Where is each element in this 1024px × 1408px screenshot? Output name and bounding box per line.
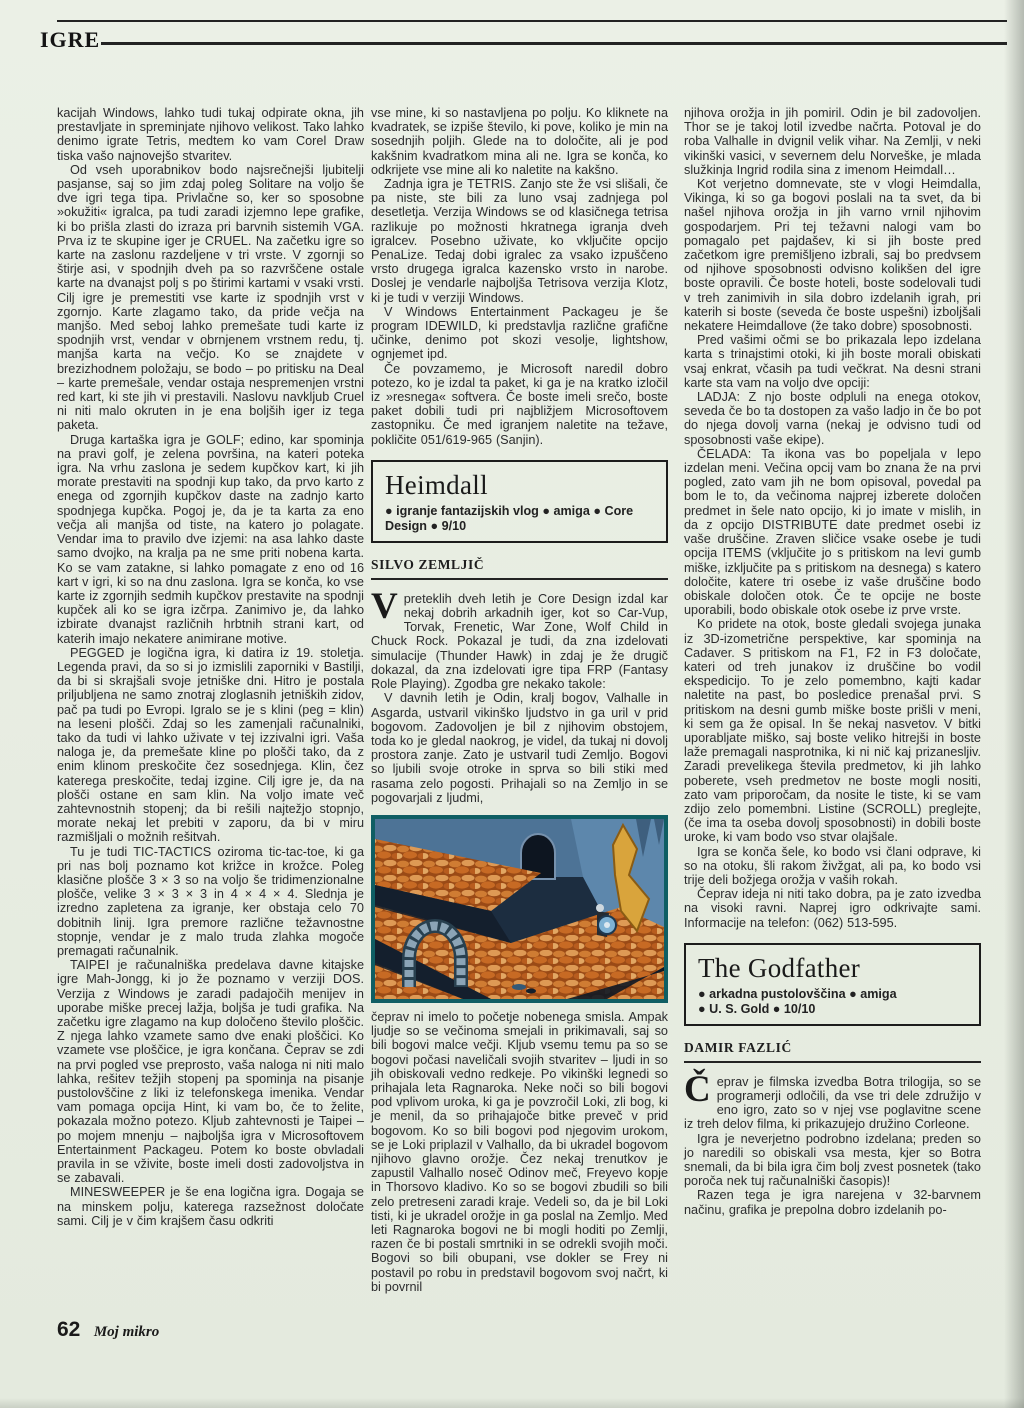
body-paragraph: PEGGED je logična igra, ki datira iz 19.… [57,646,364,845]
body-paragraph: čeprav ni imelo to početje nobenega smis… [371,1010,668,1294]
drop-cap-text: preteklih dveh letih je Core Design izda… [371,592,668,691]
body-paragraph: Zadnja igra je TETRIS. Zanjo ste že vsi … [371,177,668,305]
magazine-page: IGRE kacijah Windows, lahko tudi tukaj o… [0,0,1024,1408]
body-paragraph: kacijah Windows, lahko tudi tukaj odpira… [57,106,364,163]
body-paragraph: Od vseh uporabnikov bodo najsrečnejši lj… [57,163,364,433]
body-paragraph: V Windows Entertainment Packageu je še p… [371,305,668,362]
author-byline: DAMIR FAZLIĆ [684,1040,981,1056]
review-box-heimdall: Heimdall ● igranje fantazijskih vlog ● a… [371,460,668,543]
top-rule [57,20,1007,22]
body-paragraph: Tu je tudi TIC-TACTICS oziroma tic-tac-t… [57,845,364,959]
column-2: vse mine, ki so nastavljena po polju. Ko… [371,106,668,1294]
body-paragraph: Kot verjetno domnevate, ste v vlogi Heim… [684,177,981,333]
page-footer: 62 Moj mikro [57,1318,159,1342]
heimdall-game-screenshot [371,815,668,1003]
drop-cap: V [371,592,404,621]
body-paragraph: njihova orožja in jih pomiril. Odin je b… [684,106,981,177]
drop-cap: Č [684,1075,717,1104]
byline-rule [684,1061,981,1063]
review-box-godfather: The Godfather ● arkadna pustolovščina ● … [684,943,981,1026]
body-paragraph: vse mine, ki so nastavljena po polju. Ko… [371,106,668,177]
section-label: IGRE [40,27,100,53]
scan-bottom-shadow [0,1398,1024,1408]
section-rule [101,42,1007,45]
body-paragraph: Razen tega je igra narejena v 32-barvnem… [684,1188,981,1216]
review-title: The Godfather [698,954,967,983]
body-paragraph: Druga kartaška igra je GOLF; edino, kar … [57,433,364,646]
body-paragraph: Vpreteklih dveh letih je Core Design izd… [371,592,668,691]
column-1: kacijah Windows, lahko tudi tukaj odpira… [57,106,364,1228]
body-paragraph: Če povzamemo, je Microsoft naredil dobro… [371,362,668,447]
body-paragraph: V davnih letih je Odin, kralj bogov, Val… [371,691,668,805]
body-paragraph: Čeprav ideja ni niti tako dobra, pa je z… [684,887,981,930]
magazine-name: Moj mikro [94,1324,159,1340]
body-paragraph: LADJA: Z njo boste odpluli na enega otok… [684,390,981,447]
body-paragraph: Čeprav je filmska izvedba Botra trilogij… [684,1075,981,1132]
body-paragraph: ČELADA: Ta ikona vas bo popeljala v lepo… [684,447,981,617]
drop-cap-text: eprav je filmska izvedba Botra trilogija… [684,1075,981,1132]
column-3: njihova orožja in jih pomiril. Odin je b… [684,106,981,1217]
body-paragraph: TAIPEI je računalniška predelava davne k… [57,958,364,1185]
review-meta: ● igranje fantazijskih vlog ● amiga ● Co… [385,504,654,534]
review-meta: ● arkadna pustolovščina ● amiga [698,987,967,1002]
body-paragraph: MINESWEEPER je še ena logična igra. Doga… [57,1185,364,1228]
byline-rule [371,578,668,580]
review-meta: ● U. S. Gold ● 10/10 [698,1002,967,1017]
body-paragraph: Pred vašimi očmi se bo prikazala lepo iz… [684,333,981,390]
review-title: Heimdall [385,471,654,500]
author-byline: SILVO ZEMLJIČ [371,557,668,573]
body-paragraph: Ko pridete na otok, boste gledali svojeg… [684,617,981,844]
page-number: 62 [57,1318,80,1341]
scan-edge-shadow [1004,0,1024,1408]
body-paragraph: Igra je neverjetno podrobno izdelana; pr… [684,1132,981,1189]
body-paragraph: Igra se konča šele, ko bodo vsi člani od… [684,845,981,888]
